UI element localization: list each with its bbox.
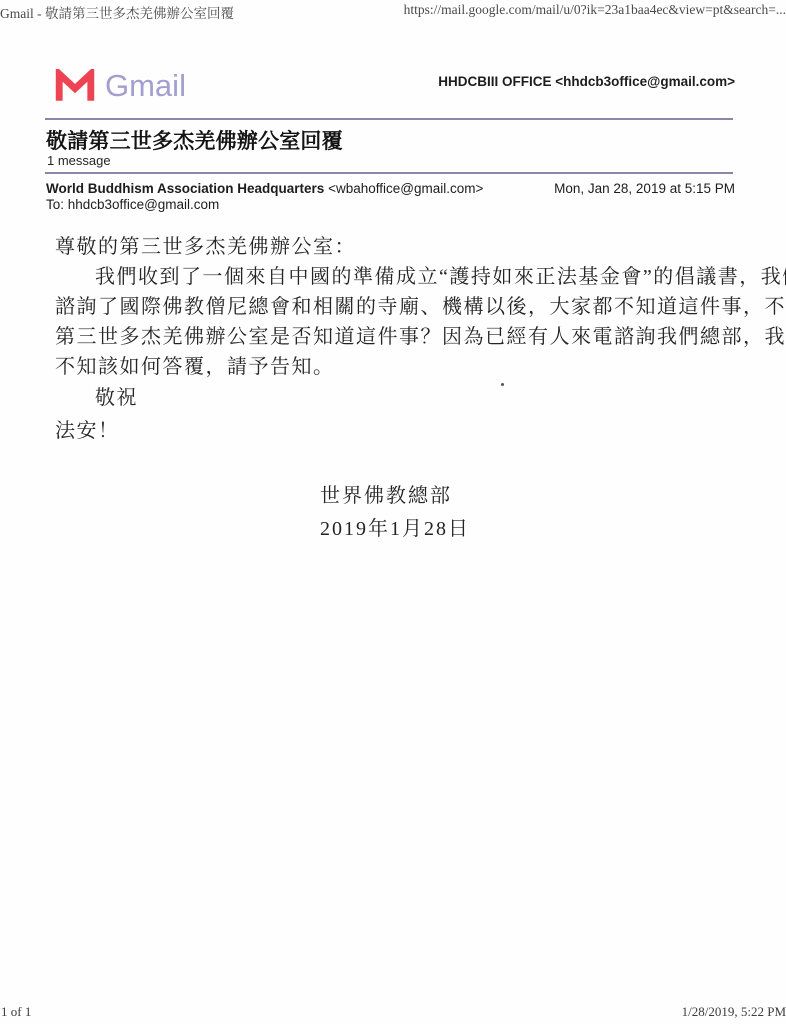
print-footer-datetime: 1/28/2019, 5:22 PM [682, 1004, 786, 1020]
divider-top [45, 118, 733, 120]
signature-date: 2019年1月28日 [320, 512, 470, 541]
divider-subject [45, 172, 733, 174]
from-field: World Buddhism Association Headquarters … [46, 181, 483, 196]
gmail-logo: Gmail [55, 68, 186, 104]
body-line: 我們收到了一個來自中國的準備成立“護持如來正法基金會”的倡議書，我們 [95, 260, 786, 289]
body-line: 諮詢了國際佛教僧尼總會和相關的寺廟、機構以後，大家都不知道這件事，不知 [55, 290, 786, 319]
gmail-wordmark: Gmail [105, 68, 186, 104]
body-line: 不知該如何答覆，請予告知。 [55, 350, 335, 379]
sender-name: World Buddhism Association Headquarters [46, 181, 324, 196]
scan-speck [501, 383, 504, 386]
print-footer-page: 1 of 1 [1, 1004, 31, 1020]
from-row: World Buddhism Association Headquarters … [46, 181, 735, 196]
message-count: 1 message [47, 153, 111, 168]
to-field: To: hhdcb3office@gmail.com [46, 197, 219, 212]
body-wellwish: 法安！ [55, 414, 120, 443]
signature-org: 世界佛教總部 [320, 479, 452, 508]
body-closing: 敬祝 [95, 381, 138, 410]
sender-email: <wbahoffice@gmail.com> [328, 181, 483, 196]
gmail-m-icon [55, 69, 95, 103]
print-header-title: Gmail - 敬請第三世多杰羌佛辦公室回覆 [0, 2, 234, 22]
body-line: 第三世多杰羌佛辦公室是否知道這件事？因為已經有人來電諮詢我們總部，我們 [55, 320, 786, 349]
email-subject: 敬請第三世多杰羌佛辦公室回覆 [46, 125, 343, 155]
message-date: Mon, Jan 28, 2019 at 5:15 PM [554, 181, 735, 196]
body-salutation: 尊敬的第三世多杰羌佛辦公室： [55, 230, 356, 259]
account-name: HHDCBIII OFFICE <hhdcb3office@gmail.com> [438, 74, 735, 89]
print-header-url: https://mail.google.com/mail/u/0?ik=23a1… [404, 2, 786, 18]
printed-email-page: Gmail - 敬請第三世多杰羌佛辦公室回覆 https://mail.goog… [0, 0, 786, 1024]
